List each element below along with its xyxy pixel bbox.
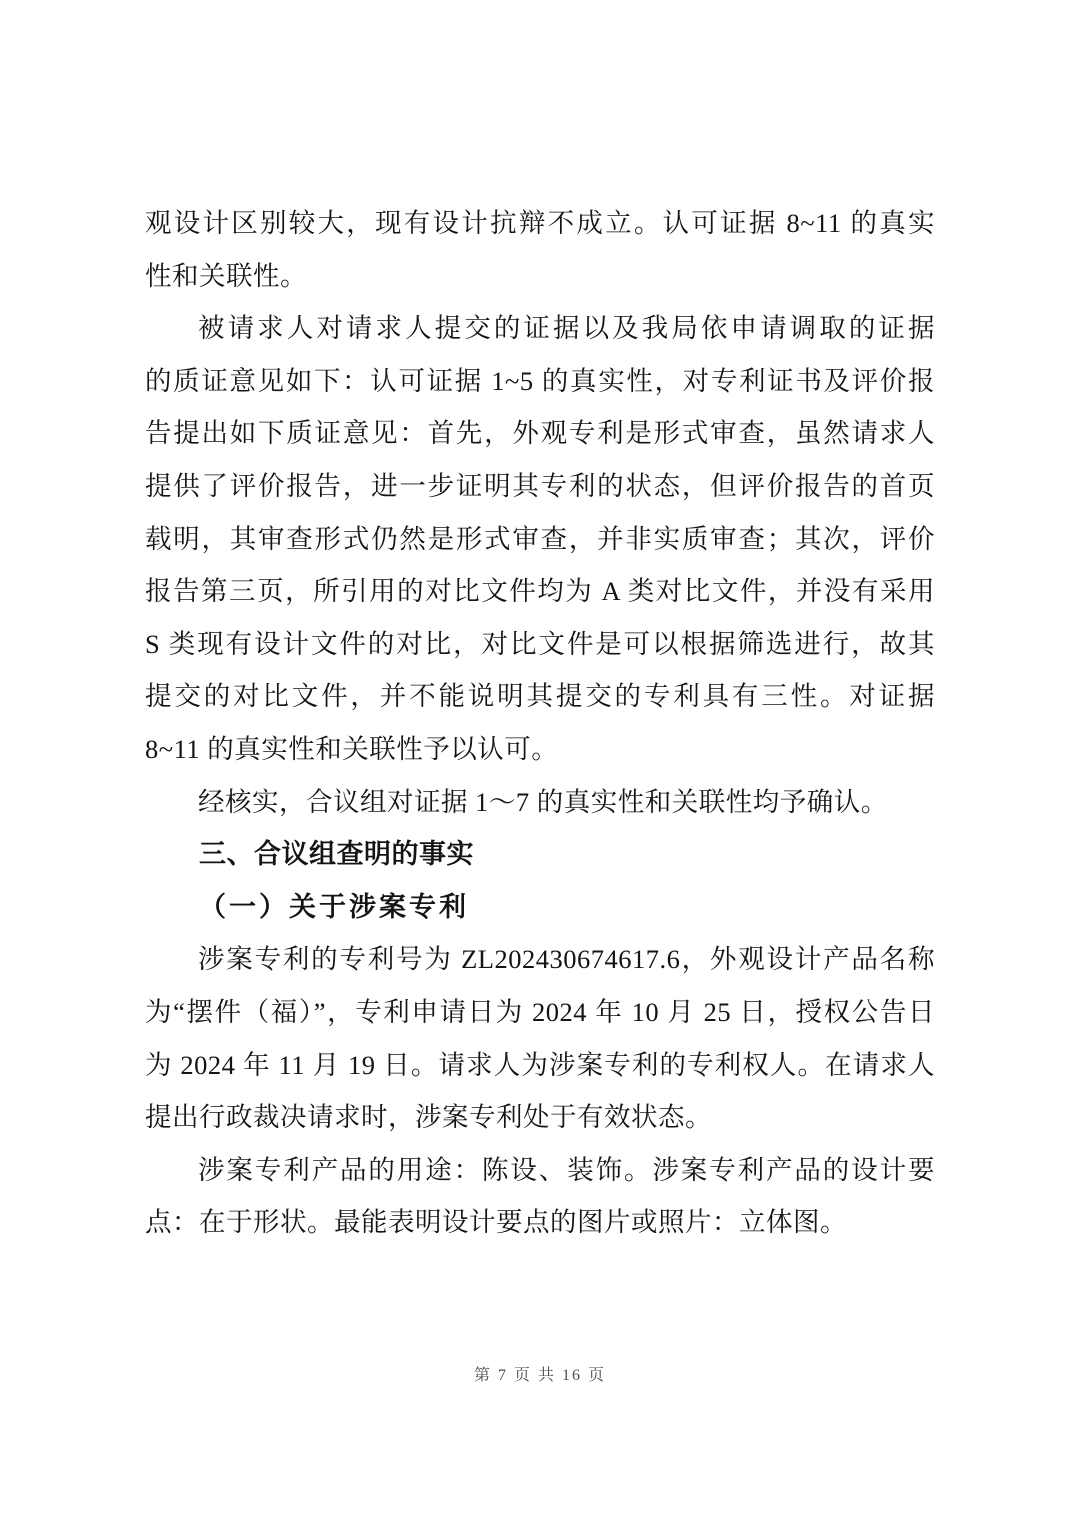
text-line: 涉案专利的专利号为 ZL202430674617.6，外观设计产品名称 — [145, 933, 935, 986]
text-line: 三、合议组查明的事实 — [145, 828, 935, 881]
text-line: （一）关于涉案专利 — [145, 881, 935, 934]
text-line: 经核实，合议组对证据 1～7 的真实性和关联性均予确认。 — [145, 776, 935, 829]
page-footer: 第 7 页 共 16 页 — [145, 1364, 935, 1388]
paragraph-patent-details: 涉案专利的专利号为 ZL202430674617.6，外观设计产品名称为“摆件（… — [145, 933, 935, 1143]
text-line: 点：在于形状。最能表明设计要点的图片或照片：立体图。 — [145, 1196, 935, 1249]
text-line: 提出行政裁决请求时，涉案专利处于有效状态。 — [145, 1091, 935, 1144]
heading-subsection-one: （一）关于涉案专利 — [145, 881, 935, 934]
text-line: 性和关联性。 — [145, 250, 935, 303]
text-line: 涉案专利产品的用途：陈设、装饰。涉案专利产品的设计要 — [145, 1144, 935, 1197]
paragraph-respondent-cross-examination: 被请求人对请求人提交的证据以及我局依申请调取的证据的质证意见如下：认可证据 1~… — [145, 302, 935, 775]
paragraph-prior-continuation: 观设计区别较大，现有设计抗辩不成立。认可证据 8~11 的真实性和关联性。 — [145, 197, 935, 302]
text-line: 被请求人对请求人提交的证据以及我局依申请调取的证据 — [145, 302, 935, 355]
text-line: 观设计区别较大，现有设计抗辩不成立。认可证据 8~11 的真实 — [145, 197, 935, 250]
paragraph-panel-confirmation: 经核实，合议组对证据 1～7 的真实性和关联性均予确认。 — [145, 776, 935, 829]
text-line: 报告第三页，所引用的对比文件均为 A 类对比文件，并没有采用 — [145, 565, 935, 618]
document-page: 观设计区别较大，现有设计抗辩不成立。认可证据 8~11 的真实性和关联性。被请求… — [0, 0, 1074, 1520]
paragraph-product-use-and-design: 涉案专利产品的用途：陈设、装饰。涉案专利产品的设计要点：在于形状。最能表明设计要… — [145, 1144, 935, 1249]
text-line: 8~11 的真实性和关联性予以认可。 — [145, 723, 935, 776]
text-line: 为“摆件（福）”，专利申请日为 2024 年 10 月 25 日，授权公告日 — [145, 986, 935, 1039]
text-line: 提供了评价报告，进一步证明其专利的状态，但评价报告的首页 — [145, 460, 935, 513]
page-number-label: 第 7 页 共 16 页 — [474, 1367, 606, 1384]
text-line: S 类现有设计文件的对比，对比文件是可以根据筛选进行，故其 — [145, 618, 935, 671]
text-line: 的质证意见如下：认可证据 1~5 的真实性，对专利证书及评价报 — [145, 355, 935, 408]
text-line: 提交的对比文件，并不能说明其提交的专利具有三性。对证据 — [145, 670, 935, 723]
text-line: 告提出如下质证意见：首先，外观专利是形式审查，虽然请求人 — [145, 407, 935, 460]
document-body: 观设计区别较大，现有设计抗辩不成立。认可证据 8~11 的真实性和关联性。被请求… — [145, 197, 935, 1249]
text-line: 为 2024 年 11 月 19 日。请求人为涉案专利的专利权人。在请求人 — [145, 1039, 935, 1092]
text-line: 载明，其审查形式仍然是形式审查，并非实质审查；其次，评价 — [145, 513, 935, 566]
heading-section-three: 三、合议组查明的事实 — [145, 828, 935, 881]
